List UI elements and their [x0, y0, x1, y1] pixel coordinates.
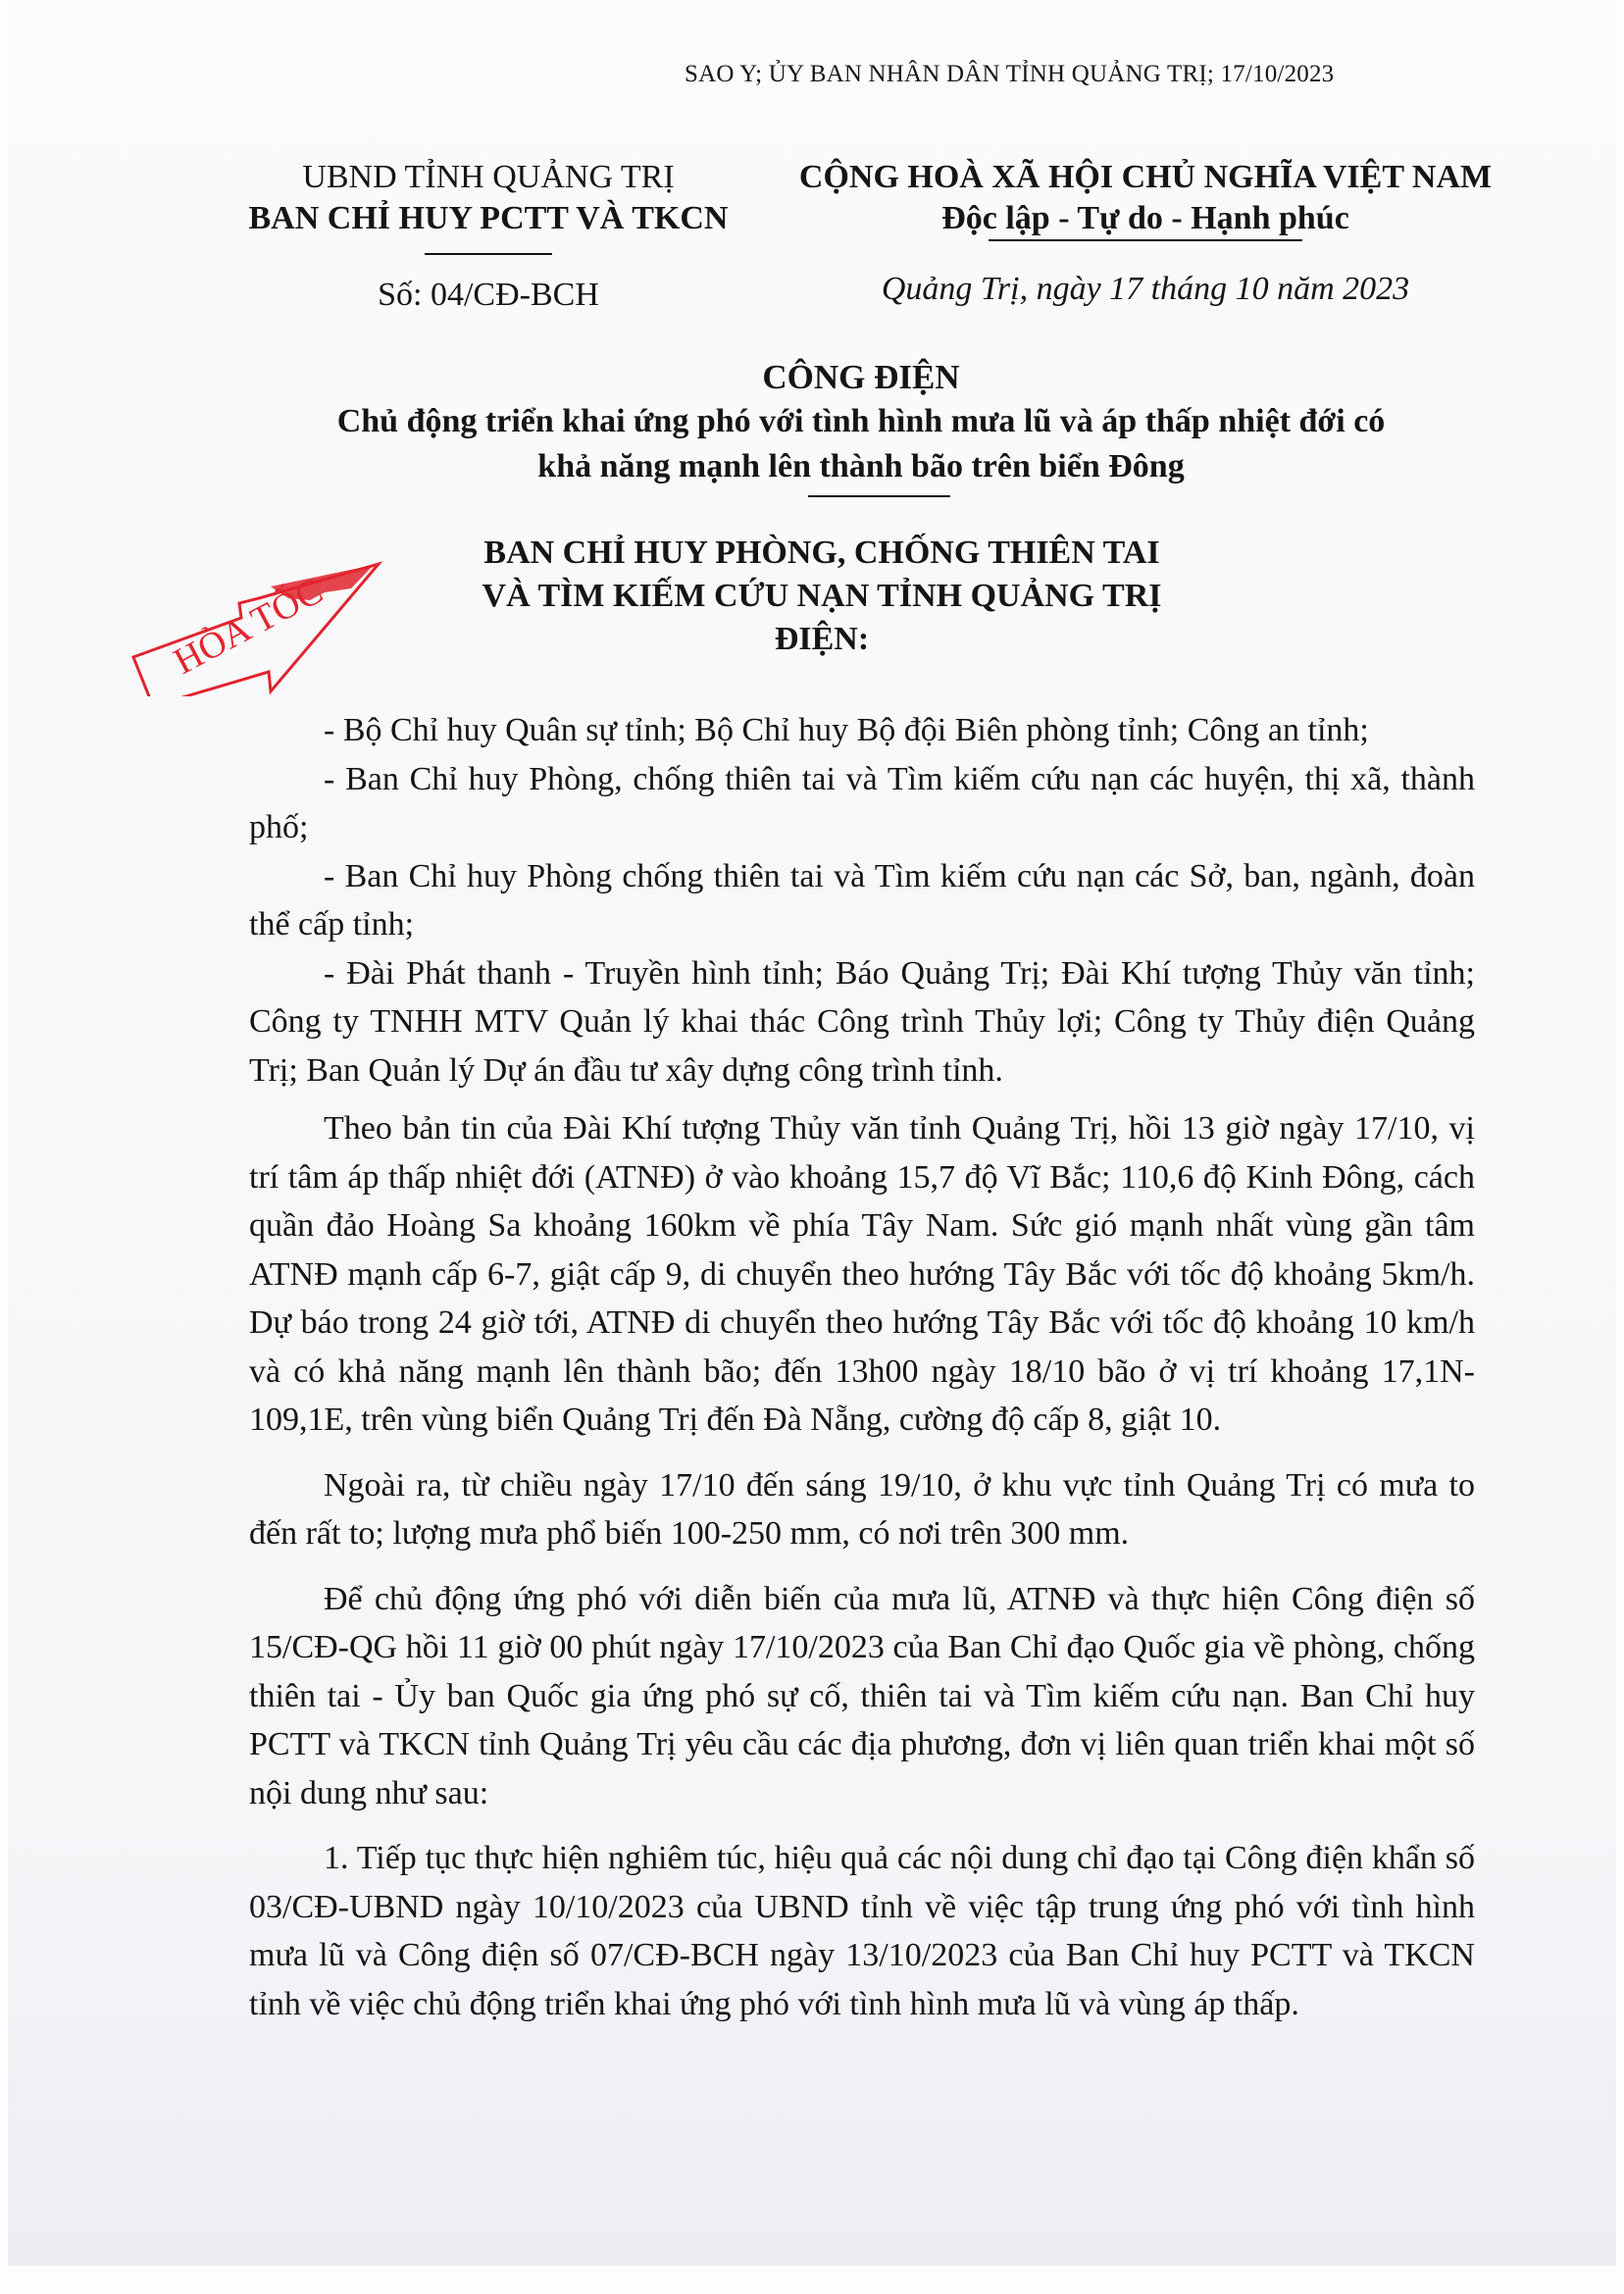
body-paragraph-rainfall: Ngoài ra, từ chiều ngày 17/10 đến sáng 1…: [249, 1461, 1475, 1558]
document-title-block: CÔNG ĐIỆN Chủ động triển khai ứng phó vớ…: [243, 355, 1479, 497]
national-title: CỘNG HOÀ XÃ HỘI CHỦ NGHĨA VIỆT NAM: [763, 157, 1528, 198]
document-subject-line-2: khả năng mạnh lên thành bão trên biển Đô…: [243, 444, 1479, 489]
body-paragraph-item-1: 1. Tiếp tục thực hiện nghiêm túc, hiệu q…: [249, 1834, 1475, 2028]
agency-underline: [425, 253, 552, 255]
issuing-agency-header: UBND TỈNH QUẢNG TRỊ BAN CHỈ HUY PCTT VÀ …: [204, 157, 773, 316]
recipient-item: - Bộ Chỉ huy Quân sự tỉnh; Bộ Chỉ huy Bộ…: [249, 706, 1475, 755]
copy-certification-note: SAO Y; ỦY BAN NHÂN DÂN TỈNH QUẢNG TRỊ; 1…: [685, 61, 1334, 88]
document-page: SAO Y; ỦY BAN NHÂN DÂN TỈNH QUẢNG TRỊ; 1…: [8, 0, 1616, 2266]
issuer-line-1: BAN CHỈ HUY PHÒNG, CHỐNG THIÊN TAI: [430, 532, 1214, 575]
recipient-list: - Bộ Chỉ huy Quân sự tỉnh; Bộ Chỉ huy Bộ…: [249, 706, 1475, 1095]
parent-organization: UBND TỈNH QUẢNG TRỊ: [204, 157, 773, 198]
subject-underline: [808, 495, 950, 497]
body-paragraph-request: Để chủ động ứng phó với diễn biến của mư…: [249, 1575, 1475, 1818]
issuer-line-2: VÀ TÌM KIẾM CỨU NẠN TỈNH QUẢNG TRỊ: [430, 575, 1214, 618]
place-and-date: Quảng Trị, ngày 17 tháng 10 năm 2023: [763, 269, 1528, 310]
addressee-heading: ĐIỆN:: [430, 618, 1214, 661]
recipient-item: - Ban Chỉ huy Phòng chống thiên tai và T…: [249, 852, 1475, 949]
document-body: Theo bản tin của Đài Khí tượng Thủy văn …: [249, 1104, 1475, 2045]
document-type: CÔNG ĐIỆN: [243, 355, 1479, 399]
recipient-item: - Ban Chỉ huy Phòng, chống thiên tai và …: [249, 755, 1475, 852]
document-number: Số: 04/CĐ-BCH: [204, 275, 773, 316]
body-paragraph-forecast: Theo bản tin của Đài Khí tượng Thủy văn …: [249, 1104, 1475, 1445]
motto-underline: [989, 239, 1302, 241]
national-header: CỘNG HOÀ XÃ HỘI CHỦ NGHĨA VIỆT NAM Độc l…: [763, 157, 1528, 310]
recipient-item: - Đài Phát thanh - Truyền hình tỉnh; Báo…: [249, 949, 1475, 1096]
urgent-stamp-icon: HỎA TỐC: [124, 549, 408, 696]
issuing-organization: BAN CHỈ HUY PCTT VÀ TKCN: [204, 198, 773, 239]
issuer-block: BAN CHỈ HUY PHÒNG, CHỐNG THIÊN TAI VÀ TÌ…: [430, 532, 1214, 661]
document-subject-line-1: Chủ động triển khai ứng phó với tình hìn…: [243, 399, 1479, 444]
national-motto: Độc lập - Tự do - Hạnh phúc: [941, 198, 1349, 239]
